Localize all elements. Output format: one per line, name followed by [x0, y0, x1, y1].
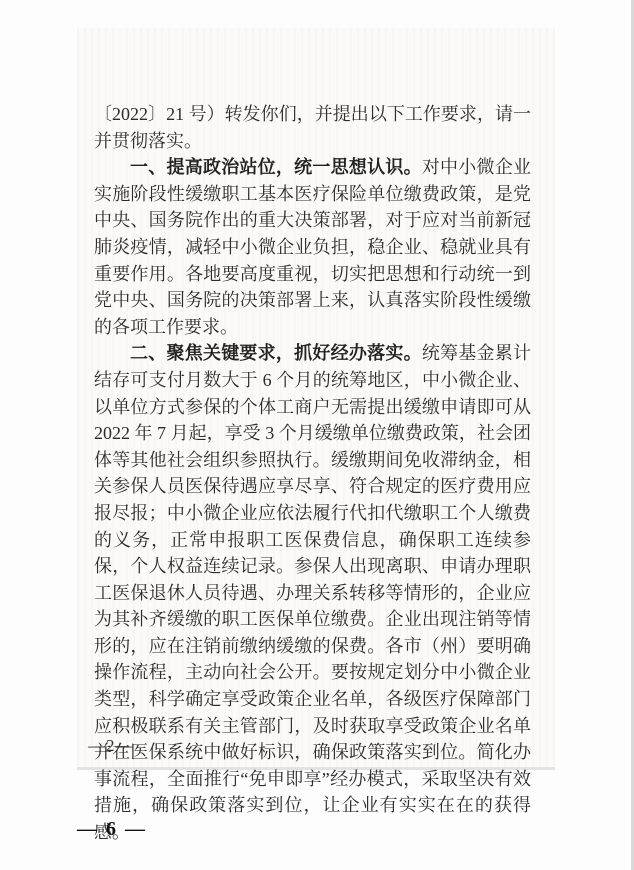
paragraph: 〔2022〕21 号）转发你们，并提出以下工作要求，请一并贯彻落实。 — [94, 101, 531, 154]
section-heading: 一、提高政治站位，统一思想认识。 — [130, 157, 422, 177]
host-page-number: — 6 — — [77, 818, 147, 841]
paragraph: 一、提高政治站位，统一思想认识。对中小微企业实施阶段性缓缴职工基本医疗保险单位缴… — [94, 154, 531, 340]
scan-page-number: —2— — [88, 736, 134, 756]
scan-text-body: 〔2022〕21 号）转发你们，并提出以下工作要求，请一并贯彻落实。一、提高政治… — [94, 101, 531, 846]
body-text: 统筹基金累计结存可支付月数大于 6 个月的统筹地区，中小微企业、以单位方式参保的… — [94, 343, 531, 842]
document-page: 〔2022〕21 号）转发你们，并提出以下工作要求，请一并贯彻落实。一、提高政治… — [0, 0, 634, 870]
body-text: 〔2022〕21 号）转发你们，并提出以下工作要求，请一并贯彻落实。 — [94, 104, 531, 151]
body-text: 对中小微企业实施阶段性缓缴职工基本医疗保险单位缴费政策，是党中央、国务院作出的重… — [94, 157, 531, 337]
paragraph: 二、聚焦关键要求，抓好经办落实。统筹基金累计结存可支付月数大于 6 个月的统筹地… — [94, 340, 531, 845]
scanned-document: 〔2022〕21 号）转发你们，并提出以下工作要求，请一并贯彻落实。一、提高政治… — [77, 28, 555, 770]
section-heading: 二、聚焦关键要求，抓好经办落实。 — [130, 343, 422, 363]
